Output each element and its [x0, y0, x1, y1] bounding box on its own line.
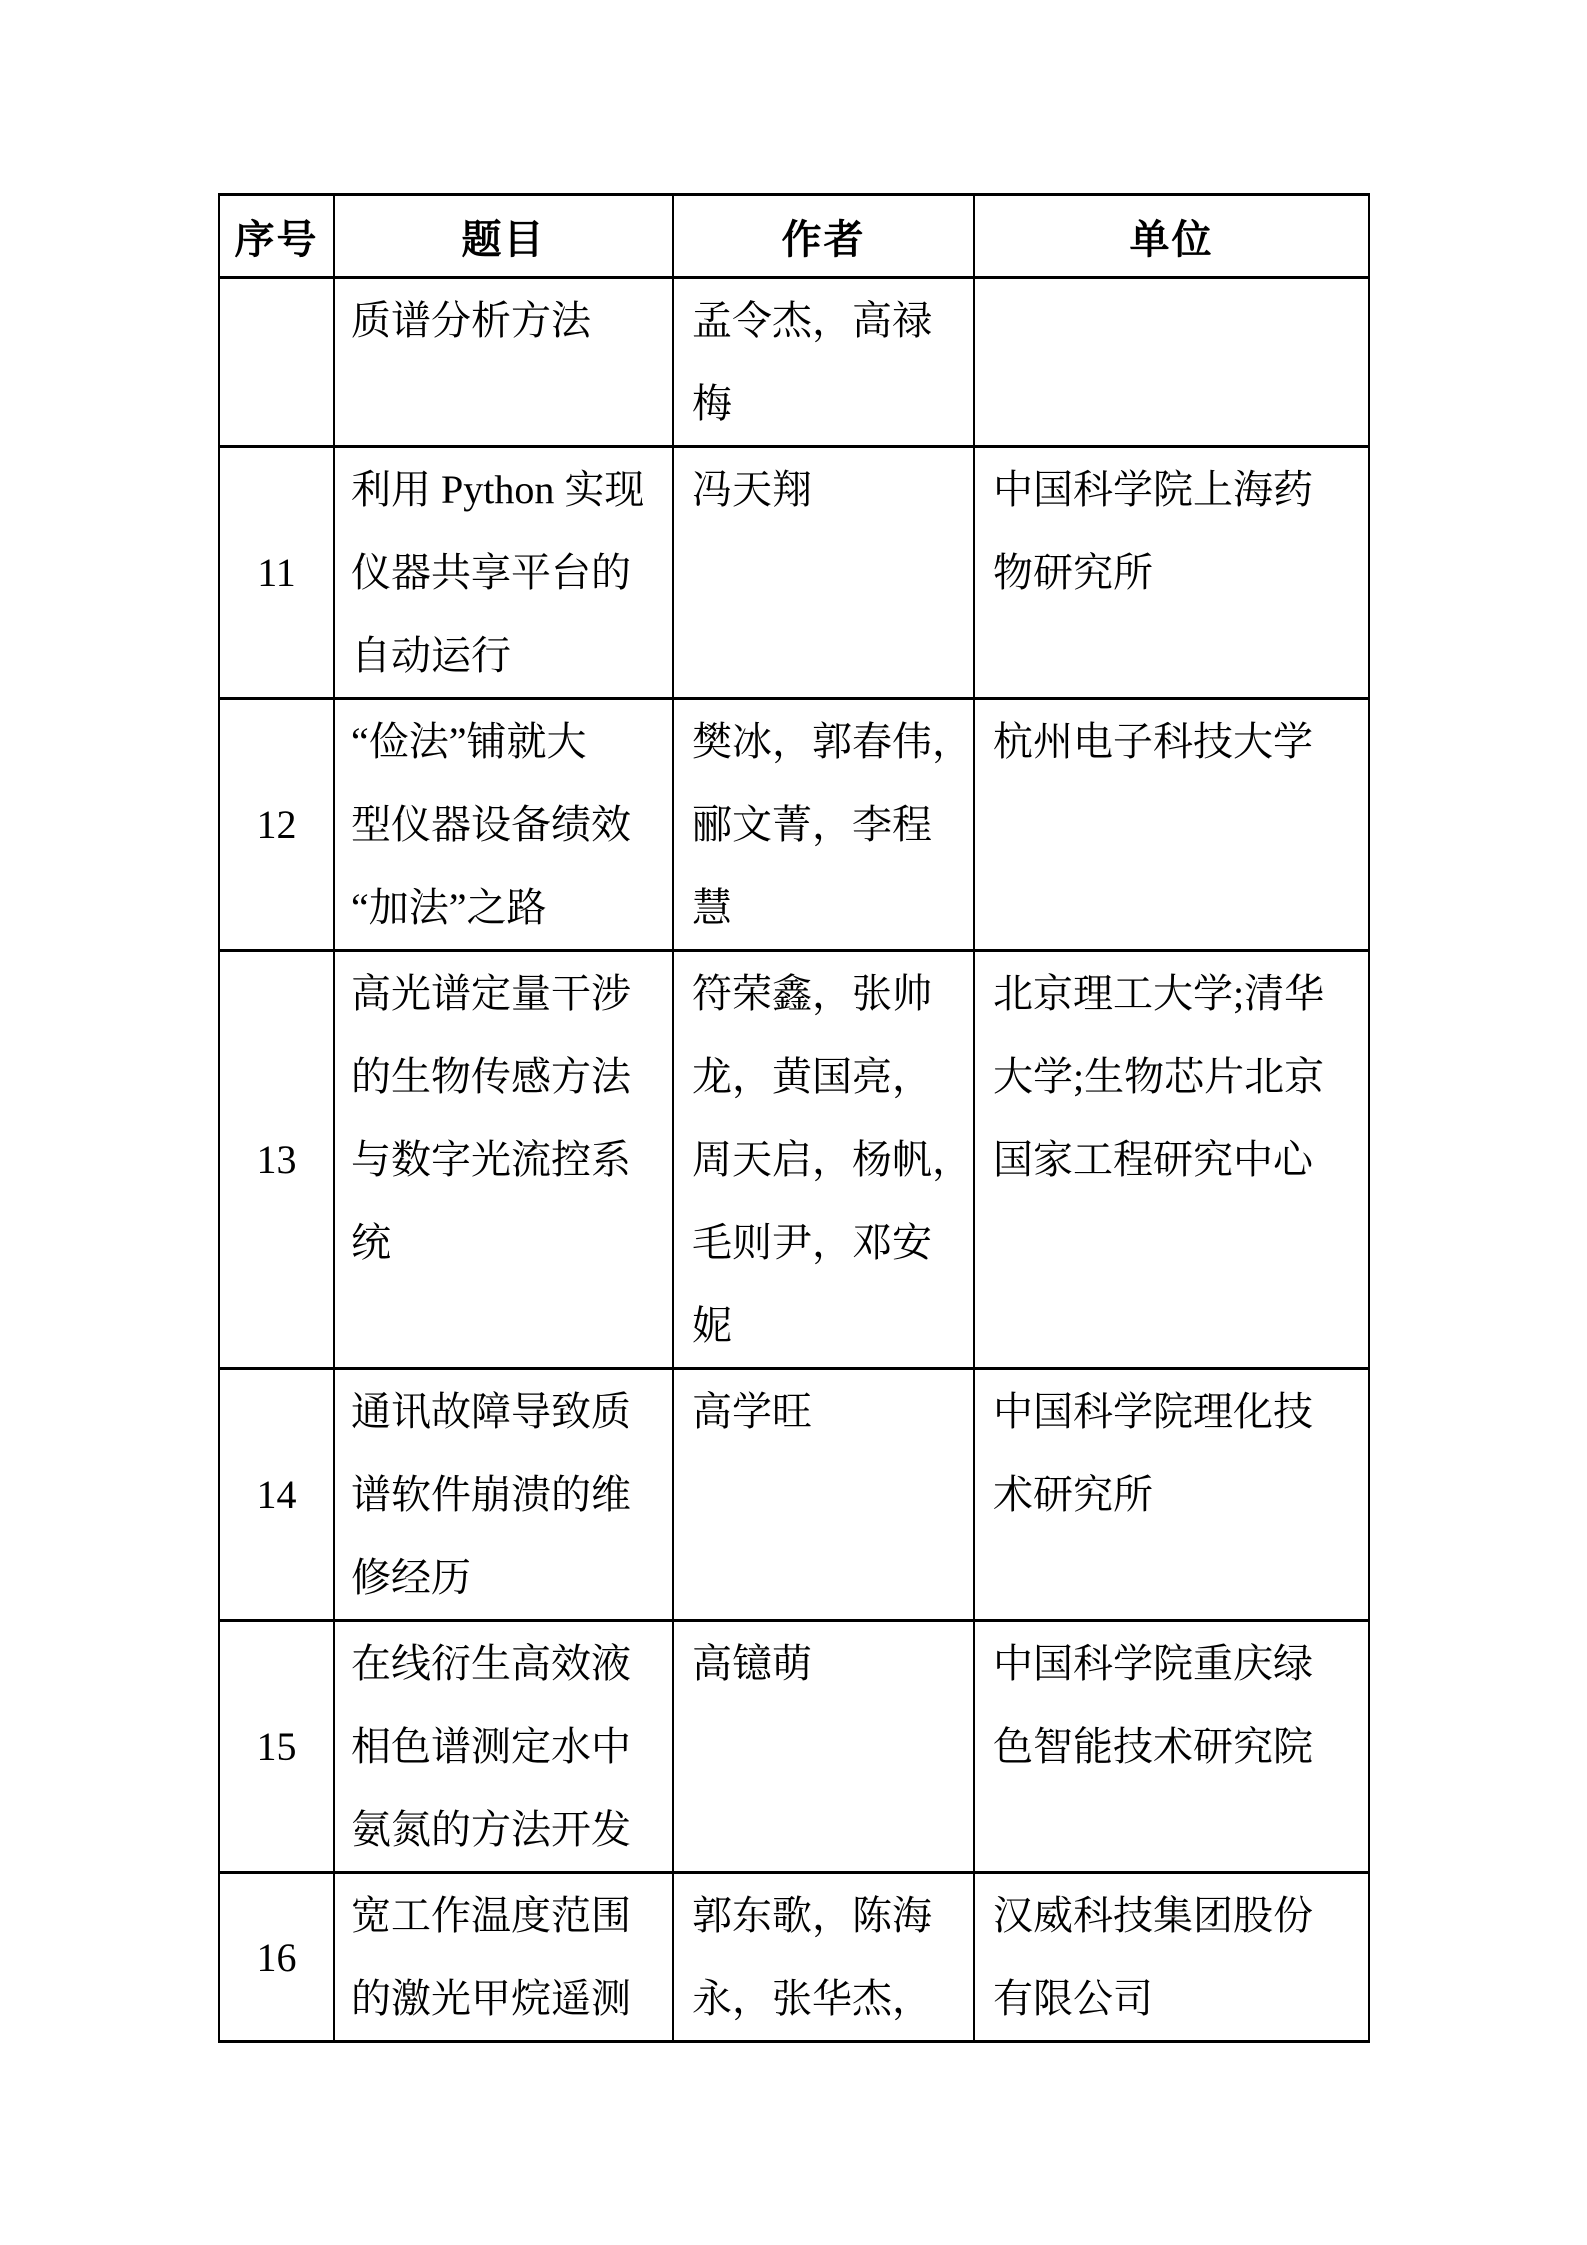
header-authors: 作者 — [673, 195, 974, 278]
header-unit: 单位 — [974, 195, 1369, 278]
table-row: 11 利用 Python 实现 仪器共享平台的 自动运行 冯天翔 中国科学院上海… — [219, 447, 1369, 699]
paper-authors: 樊冰，郭春伟， 郦文菁，李程 慧 — [673, 699, 974, 951]
row-number: 12 — [219, 699, 334, 951]
paper-title: 质谱分析方法 — [334, 278, 673, 447]
header-number: 序号 — [219, 195, 334, 278]
table-row: 14 通讯故障导致质 谱软件崩溃的维 修经历 高学旺 中国科学院理化技 术研究所 — [219, 1369, 1369, 1621]
paper-authors: 孟令杰，高禄 梅 — [673, 278, 974, 447]
paper-authors: 冯天翔 — [673, 447, 974, 699]
table-row: 15 在线衍生高效液 相色谱测定水中 氨氮的方法开发 高镱萌 中国科学院重庆绿 … — [219, 1621, 1369, 1873]
paper-title: 利用 Python 实现 仪器共享平台的 自动运行 — [334, 447, 673, 699]
row-number: 14 — [219, 1369, 334, 1621]
table-row: 质谱分析方法 孟令杰，高禄 梅 — [219, 278, 1369, 447]
paper-title: 宽工作温度范围 的激光甲烷遥测 — [334, 1873, 673, 2042]
paper-title: “俭法”铺就大 型仪器设备绩效 “加法”之路 — [334, 699, 673, 951]
paper-title: 高光谱定量干涉 的生物传感方法 与数字光流控系 统 — [334, 951, 673, 1369]
table-row: 12 “俭法”铺就大 型仪器设备绩效 “加法”之路 樊冰，郭春伟， 郦文菁，李程… — [219, 699, 1369, 951]
paper-unit: 北京理工大学;清华 大学;生物芯片北京 国家工程研究中心 — [974, 951, 1369, 1369]
paper-title: 在线衍生高效液 相色谱测定水中 氨氮的方法开发 — [334, 1621, 673, 1873]
paper-authors: 郭东歌，陈海 永，张华杰， — [673, 1873, 974, 2042]
row-number: 13 — [219, 951, 334, 1369]
paper-title: 通讯故障导致质 谱软件崩溃的维 修经历 — [334, 1369, 673, 1621]
paper-unit: 中国科学院上海药 物研究所 — [974, 447, 1369, 699]
row-number — [219, 278, 334, 447]
table-header-row: 序号 题目 作者 单位 — [219, 195, 1369, 278]
paper-unit: 中国科学院重庆绿 色智能技术研究院 — [974, 1621, 1369, 1873]
paper-authors: 符荣鑫，张帅 龙，黄国亮， 周天启，杨帆， 毛则尹，邓安 妮 — [673, 951, 974, 1369]
row-number: 15 — [219, 1621, 334, 1873]
paper-unit — [974, 278, 1369, 447]
document-page: { "table": { "headers": ["序号", "题目", "作者… — [0, 0, 1587, 2245]
row-number: 11 — [219, 447, 334, 699]
paper-unit: 汉威科技集团股份 有限公司 — [974, 1873, 1369, 2042]
row-number: 16 — [219, 1873, 334, 2042]
paper-unit: 中国科学院理化技 术研究所 — [974, 1369, 1369, 1621]
table-row: 16 宽工作温度范围 的激光甲烷遥测 郭东歌，陈海 永，张华杰， 汉威科技集团股… — [219, 1873, 1369, 2042]
header-title: 题目 — [334, 195, 673, 278]
paper-authors: 高学旺 — [673, 1369, 974, 1621]
paper-authors: 高镱萌 — [673, 1621, 974, 1873]
paper-unit: 杭州电子科技大学 — [974, 699, 1369, 951]
table-row: 13 高光谱定量干涉 的生物传感方法 与数字光流控系 统 符荣鑫，张帅 龙，黄国… — [219, 951, 1369, 1369]
papers-table: 序号 题目 作者 单位 质谱分析方法 孟令杰，高禄 梅 11 利用 Python… — [218, 193, 1370, 2043]
